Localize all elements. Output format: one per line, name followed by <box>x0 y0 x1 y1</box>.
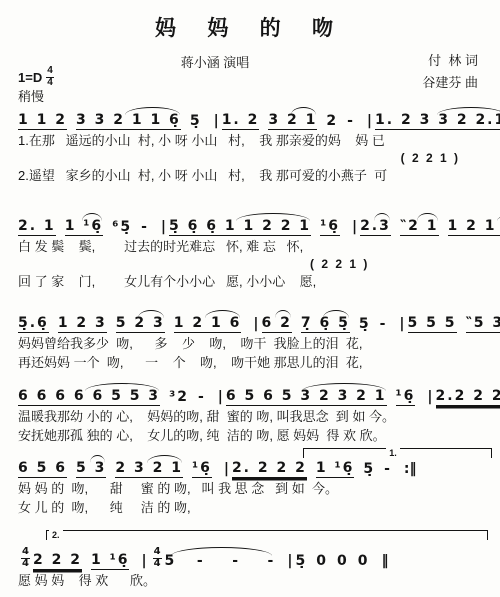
meter-digit: 4 <box>154 559 161 570</box>
note-group: 5̣ 6̣ 6̣ 1 1 2 2 1 <box>169 218 311 236</box>
note-group: 1. 2 3 3 2 2.1 <box>375 112 500 130</box>
meter-digit: 4 <box>22 559 29 570</box>
meter-digit: 4 <box>153 547 162 559</box>
note-group: 5 2 3 <box>116 315 165 333</box>
note-group: 2 3 2 1 <box>115 460 183 478</box>
note-group: 0 <box>316 553 328 570</box>
note-group: 1. 2 <box>222 112 260 130</box>
note-group: 1 2 3 <box>58 315 107 333</box>
lyric-line: 温暖我那幼 小的 心, 妈妈的吻, 甜 蜜的 吻, 叫我思念 到 如 今。 <box>18 409 492 425</box>
key-signature: 1=D 44 <box>18 66 54 88</box>
meter-digit: 4 <box>46 66 54 78</box>
note-group: ‶5 3 5 6 6 5 3 <box>466 315 500 333</box>
note-group: ¹6̣ <box>192 460 212 478</box>
note-group: 6 2 <box>262 315 292 333</box>
music-system: 1.6 5 65 32 3 2 1¹6̣|2. 2 2 21 ¹6̣5̣-:‖妈… <box>0 448 500 517</box>
meter-digit: 4 <box>47 78 53 89</box>
note-group: 2. 2 2 2 <box>232 460 307 478</box>
note-group: 6 6 6 6 6 5 5 3 <box>18 388 160 406</box>
composer-credit: 谷建芬 曲 <box>422 72 478 91</box>
note-group: 2.3 <box>360 218 391 236</box>
note-group: 1 ¹6̣ <box>316 460 355 478</box>
barline: | <box>253 316 258 333</box>
note-group: 2 2 2 <box>33 552 82 570</box>
note-group: ‶2 1 <box>400 218 439 236</box>
note-group: - <box>198 389 206 406</box>
note-group: 5̣ <box>359 316 371 333</box>
barline: ‖ <box>381 553 388 570</box>
note-group: 5̣ <box>190 113 202 130</box>
song-title: 妈 妈 的 吻 <box>0 12 500 42</box>
barline: | <box>367 113 372 130</box>
note-group: - <box>384 461 392 478</box>
note-group: 5 3 <box>76 460 106 478</box>
volta-label: 2. <box>49 530 63 540</box>
music-sheet: 妈 妈 的 吻 蒋小涵 演唱 付 林 词 谷建芬 曲 1=D 44 稍慢 1 1… <box>0 0 500 597</box>
note-group: 5 5 5 <box>408 315 457 333</box>
note-group: 3 3 2 1 1 6̣ <box>76 112 181 130</box>
note-group: ³2 <box>169 389 189 406</box>
lyric-line: 安抚她那孤 独的 心, 女儿的吻, 纯 洁的 吻, 愿 妈妈 得 欢 欣。 <box>18 428 492 444</box>
lyric-line: 妈 妈 的 吻, 甜 蜜 的 吻, 叫 我 思 念 到 如 今。 <box>18 481 492 497</box>
lyric-line: 愿 妈 妈 得 欢 欣。 <box>18 573 492 589</box>
volta-bracket: 2. <box>46 530 488 540</box>
meter-digit: 4 <box>21 547 30 559</box>
note-group: 1 2 1 6 <box>174 315 242 333</box>
note-group: 1 2 1 6̣ 5̣ 6̣ <box>448 218 500 236</box>
lyricist-credit: 付 林 词 <box>428 50 478 69</box>
note-group: 2. 1 <box>18 218 56 236</box>
note-group: 5̣ <box>363 461 375 478</box>
note-group: 6 5 6 5 3 2 3 2 1 <box>226 388 387 406</box>
tempo-marking: 稍慢 <box>18 86 44 105</box>
notes-line: 1 1 23 3 2 1 1 6̣5̣|1. 23 2 12-|1. 2 3 3… <box>18 112 492 130</box>
barline: | <box>214 113 219 130</box>
note-group: 3 2 1 <box>268 112 317 130</box>
note-group: - <box>347 113 355 130</box>
meter-change: 44 <box>21 542 30 570</box>
lyric-line: 妈妈曾给我多少 吻, 多 少 吻, 吻干 我脸上的泪 花, <box>18 336 492 352</box>
barline: | <box>161 219 166 236</box>
barline: | <box>352 219 357 236</box>
barline: | <box>218 389 223 406</box>
note-group: - <box>141 219 149 236</box>
note-group: 5̣.6̣ <box>18 315 49 333</box>
barline: :‖ <box>404 461 417 478</box>
note-group: 7̣ 6̣ 5̣ <box>301 315 350 333</box>
music-system: 5̣.6̣1 2 35 2 31 2 1 6|6 27̣ 6̣ 5̣5̣-|5 … <box>0 315 500 372</box>
note-group: 5 - - - <box>165 553 276 570</box>
lyric-line: 女 儿 的 吻, 纯 洁 的 吻, <box>18 500 492 516</box>
notes-line: 6 5 65 32 3 2 1¹6̣|2. 2 2 21 ¹6̣5̣-:‖ <box>18 460 492 478</box>
meter-change: 44 <box>153 542 162 570</box>
note-group: 6 5 6 <box>18 460 67 478</box>
volta-label: 1. <box>386 448 400 458</box>
music-system: 2. 11 ¹6̣⁶5̣-|5̣ 6̣ 6̣ 1 1 2 2 1¹6̣|2.3‶… <box>0 218 500 291</box>
note-group: 0 <box>358 553 370 570</box>
music-system: 6 6 6 6 6 5 5 3³2-|6 5 6 5 3 2 3 2 1¹6̣|… <box>0 388 500 445</box>
notes-line: 5̣.6̣1 2 35 2 31 2 1 6|6 27̣ 6̣ 5̣5̣-|5 … <box>18 315 492 333</box>
lyric-line: 再还妈妈 一个 吻, 一 个 吻, 吻干她 那思儿的泪 花, <box>18 355 492 371</box>
note-group: ⁶5̣ <box>112 219 132 236</box>
note-group: 1 ¹6̣ <box>91 552 130 570</box>
note-group: - <box>380 316 388 333</box>
music-system: 2.442 2 21 ¹6̣|445 - - -|5̣000‖愿 妈 妈 得 欢… <box>0 530 500 589</box>
note-group: 1 1 2 <box>18 112 67 130</box>
music-system: 1 1 23 3 2 1 1 6̣5̣|1. 23 2 12-|1. 2 3 3… <box>0 112 500 185</box>
note-group: 1 ¹6̣ <box>65 218 104 236</box>
note-group: 0 <box>337 553 349 570</box>
barline: | <box>287 553 292 570</box>
notes-line: 6 6 6 6 6 5 5 3³2-|6 5 6 5 3 2 3 2 1¹6̣|… <box>18 388 492 406</box>
lyric-line: 1.在那 遥远的小山 村, 小 呀 小山 村, 我 那亲爱的妈 妈 已 <box>18 133 492 149</box>
notes-line: 442 2 21 ¹6̣|445 - - -|5̣000‖ <box>18 542 492 570</box>
note-group: 2 <box>326 113 338 130</box>
barline: | <box>141 553 146 570</box>
note-group: 2.2 2 2 <box>436 388 500 406</box>
note-group: 5̣ <box>295 553 307 570</box>
lyric-line: 回 了 家 门, 女儿有个小小心 愿, 小小心 愿, <box>18 274 492 290</box>
lyric-line: 2.遥望 家乡的小山 村, 小 呀 小山 村, 我 那可爱的小燕子 可 <box>18 168 492 184</box>
notes-line: 2. 11 ¹6̣⁶5̣-|5̣ 6̣ 6̣ 1 1 2 2 1¹6̣|2.3‶… <box>18 218 492 236</box>
note-group: ¹6̣ <box>320 218 340 236</box>
barline: | <box>224 461 229 478</box>
barline: | <box>399 316 404 333</box>
note-group: ¹6̣ <box>396 388 416 406</box>
volta-bracket: 1. <box>303 448 492 458</box>
time-signature: 44 <box>46 66 54 88</box>
performer-credit: 蒋小涵 演唱 <box>0 52 500 71</box>
barline: | <box>427 389 432 406</box>
lyric-line: 白 发 鬓 鬓, 过去的时光难忘 怀, 难 忘 怀, <box>18 239 492 255</box>
alternate-notes-annotation: ( 2 2 1 ) <box>18 257 492 271</box>
alternate-notes-annotation: ( 2 2 1 ) <box>18 151 492 165</box>
key-label: 1=D <box>18 70 42 85</box>
